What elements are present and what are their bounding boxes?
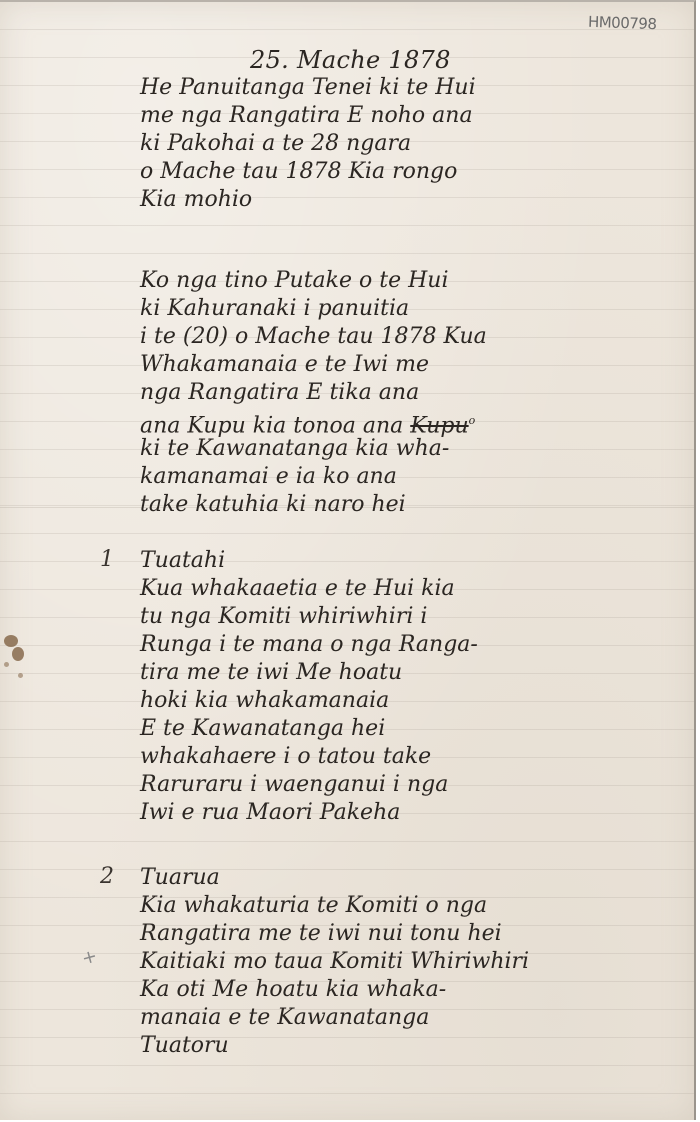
margin-cross-mark: +: [80, 945, 100, 969]
section-2: Tuarua Kia whakaturia te Komiti o nga Ra…: [140, 864, 529, 1060]
section-1: Tuatahi Kua whakaaetia e te Hui kia tu n…: [140, 547, 478, 827]
section-line: Runga i te mana o nga Ranga-: [140, 631, 478, 659]
section-title: Tuarua: [140, 864, 529, 892]
section-number: 1: [100, 547, 114, 572]
section-line: Kaitiaki mo taua Komiti Whiriwhiri: [140, 948, 529, 976]
intro-line: ana Kupu kia tonoa ana Kupuo: [140, 407, 487, 435]
intro-line: take katuhia ki naro hei: [140, 491, 487, 519]
intro-line: nga Rangatira E tika ana: [140, 379, 487, 407]
intro-line: Whakamanaia e te Iwi me: [140, 351, 487, 379]
heading-line: o Mache tau 1878 Kia rongo: [140, 158, 476, 186]
section-line: tu nga Komiti whiriwhiri i: [140, 603, 478, 631]
heading-line: Kia mohio: [140, 186, 476, 214]
heading-line: ki Pakohai a te 28 ngara: [140, 130, 476, 158]
document-date: 25. Mache 1878: [250, 46, 451, 74]
intro-line: i te (20) o Mache tau 1878 Kua: [140, 323, 487, 351]
section-title: Tuatahi: [140, 547, 478, 575]
stain-mark: [4, 662, 9, 667]
section-line: Iwi e rua Maori Pakeha: [140, 799, 478, 827]
intro-line: ki Kahuranaki i panuitia: [140, 295, 487, 323]
stain-mark: [4, 635, 18, 647]
stain-mark: [18, 673, 23, 678]
intro-line: Ko nga tino Putake o te Hui: [140, 267, 487, 295]
archive-id-pencil-mark: HM00798: [588, 13, 657, 33]
section-title: Tuatoru: [140, 1032, 529, 1060]
stain-mark: [12, 647, 24, 661]
heading-line: me nga Rangatira E noho ana: [140, 102, 476, 130]
heading-block: He Panuitanga Tenei ki te Hui me nga Ran…: [140, 74, 476, 214]
section-line: Ka oti Me hoatu kia whaka-: [140, 976, 529, 1004]
section-line: Rangatira me te iwi nui tonu hei: [140, 920, 529, 948]
section-line: Raruraru i waenganui i nga: [140, 771, 478, 799]
section-line: whakahaere i o tatou take: [140, 743, 478, 771]
section-line: Kua whakaaetia e te Hui kia: [140, 575, 478, 603]
manuscript-page: HM00798 25. Mache 1878 He Panuitanga Ten…: [0, 0, 696, 1120]
intro-line: kamanamai e ia ko ana: [140, 463, 487, 491]
section-line: tira me te iwi Me hoatu: [140, 659, 478, 687]
section-number: 2: [100, 864, 114, 889]
section-line: manaia e te Kawanatanga: [140, 1004, 529, 1032]
intro-block: Ko nga tino Putake o te Hui ki Kahuranak…: [140, 267, 487, 519]
section-line: hoki kia whakamanaia: [140, 687, 478, 715]
intro-line: ki te Kawanatanga kia wha-: [140, 435, 487, 463]
section-line: E te Kawanatanga hei: [140, 715, 478, 743]
struck-word-suffix: o: [469, 414, 476, 427]
heading-line: He Panuitanga Tenei ki te Hui: [140, 74, 476, 102]
section-line: Kia whakaturia te Komiti o nga: [140, 892, 529, 920]
